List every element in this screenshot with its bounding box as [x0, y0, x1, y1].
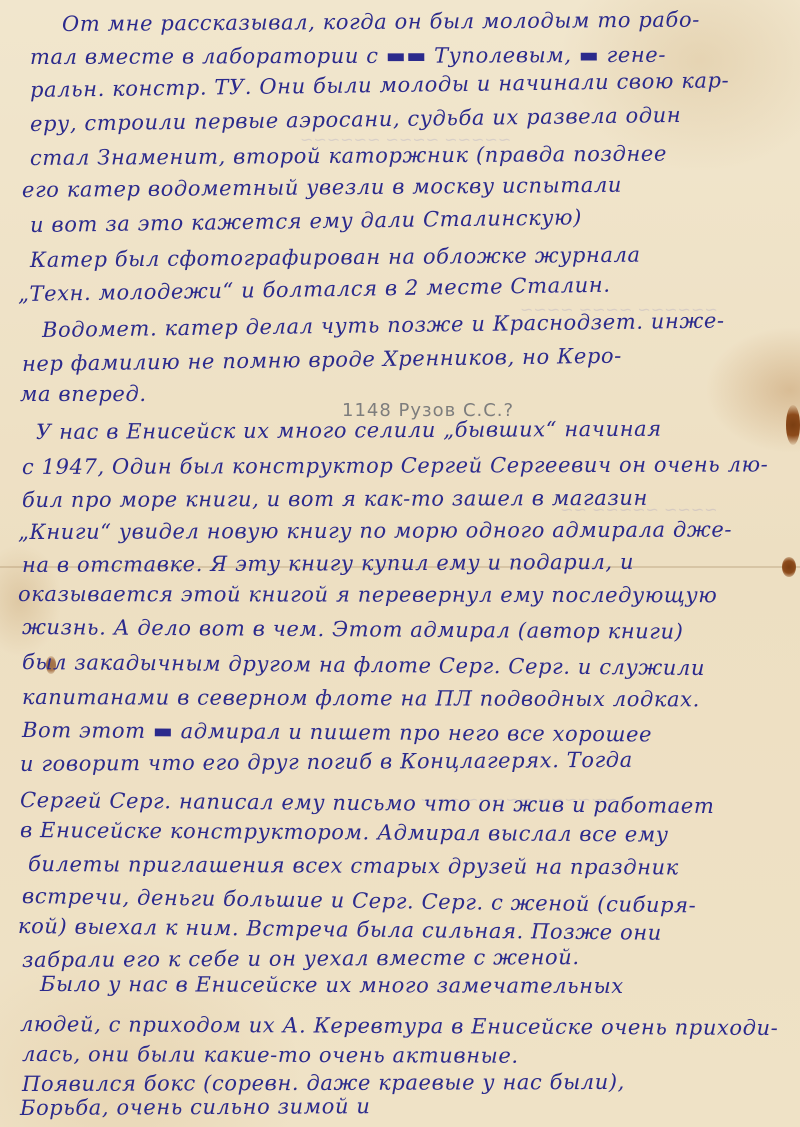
- letter-line: „Книги“ увидел новую книгу по морю одног…: [18, 518, 732, 544]
- letter-line: тал вместе в лаборатории с ▬▬ Туполевым,…: [30, 43, 666, 69]
- letter-line: Появился бокс (соревн. даже краевые у на…: [22, 1070, 625, 1096]
- letter-line: людей, с приходом их А. Керевтура в Енис…: [20, 1012, 779, 1040]
- letter-line: забрали его к себе и он уехал вместе с ж…: [22, 945, 580, 972]
- letter-line: Было у нас в Енисейске их много замечате…: [40, 972, 624, 998]
- letter-line: на в отставке. Я эту книгу купил ему и п…: [22, 550, 634, 577]
- letter-line: и говорит что его друг погиб в Концлагер…: [20, 748, 633, 776]
- letter-line: оказывается этой книгой я перевернул ему…: [18, 582, 717, 607]
- letter-line: с 1947, Один был конструктор Сергей Серг…: [22, 452, 768, 479]
- letter-line: билеты приглашения всех старых друзей на…: [28, 852, 679, 879]
- pencil-annotation: 1148 Рузов С.С.?: [342, 400, 514, 421]
- ink-stain: [786, 405, 800, 445]
- ink-stain: [782, 557, 796, 577]
- letter-line: От мне рассказывал, когда он был молодым…: [62, 8, 700, 36]
- letter-line: лась, они были какие-то очень активные.: [22, 1042, 519, 1068]
- letter-line: в Енисейске конструктором. Адмирал высла…: [20, 818, 669, 847]
- letter-line: жизнь. А дело вот в чем. Этот адмирал (а…: [22, 615, 684, 644]
- letter-line: Вот этот ▬ адмирал и пишет про него все …: [22, 718, 652, 746]
- letter-line: стал Знаменит, второй каторжник (правда …: [30, 142, 667, 170]
- letter-line: Борьба, очень сильно зимой и: [20, 1094, 371, 1120]
- letter-line: капитанами в северном флоте на ПЛ подвод…: [22, 685, 700, 711]
- letter-line: ма вперед.: [20, 382, 147, 406]
- letter-line: бил про море книги, и вот я как-то зашел…: [22, 486, 648, 512]
